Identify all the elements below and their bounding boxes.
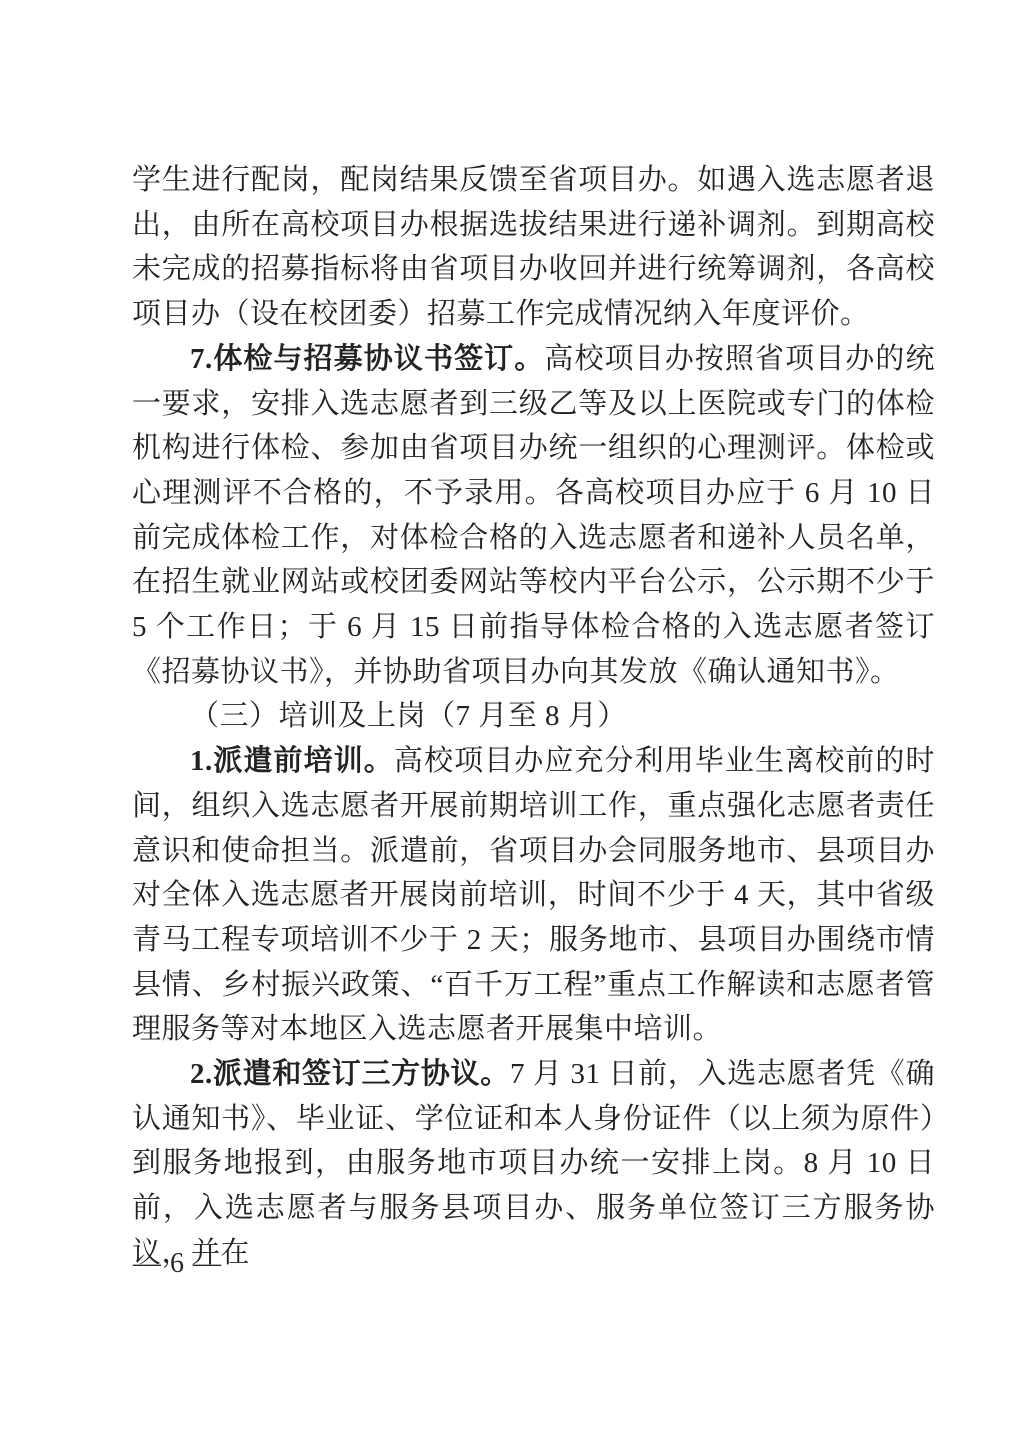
paragraph-continuation: 学生进行配岗，配岗结果反馈至省项目办。如遇入选志愿者退出，由所在高校项目办根据选… [132,158,935,337]
paragraph-lead: 1.派遣前培训。 [190,745,394,777]
paragraph-text: 高校项目办应充分利用毕业生离校前的时间，组织入选志愿者开展前期培训工作，重点强化… [132,745,935,1045]
paragraph-text: 高校项目办按照省项目办的统一要求，安排入选志愿者到三级乙等及以上医院或专门的体检… [132,343,935,688]
document-page: 学生进行配岗，配岗结果反馈至省项目办。如遇入选志愿者退出，由所在高校项目办根据选… [0,0,1024,1448]
paragraph-text: 学生进行配岗，配岗结果反馈至省项目办。如遇入选志愿者退出，由所在高校项目办根据选… [132,164,935,330]
paragraph-pre-dispatch-training: 1.派遣前培训。高校项目办应充分利用毕业生离校前的时间，组织入选志愿者开展前期培… [132,739,935,1052]
paragraph-dispatch-and-tripartite-agreement: 2.派遣和签订三方协议。7 月 31 日前，入选志愿者凭《确认通知书》、毕业证、… [132,1052,935,1276]
paragraph-physical-exam-and-agreement: 7.体检与招募协议书签订。高校项目办按照省项目办的统一要求，安排入选志愿者到三级… [132,337,935,695]
heading-text: （三）培训及上岗（7 月至 8 月） [190,700,627,732]
document-body: 学生进行配岗，配岗结果反馈至省项目办。如遇入选志愿者退出，由所在高校项目办根据选… [132,158,935,1276]
page-number: — 6 — [133,1248,222,1280]
section-heading-training-and-onboarding: （三）培训及上岗（7 月至 8 月） [132,694,935,739]
paragraph-lead: 7.体检与招募协议书签订。 [190,343,544,375]
paragraph-lead: 2.派遣和签订三方协议。 [190,1058,510,1090]
